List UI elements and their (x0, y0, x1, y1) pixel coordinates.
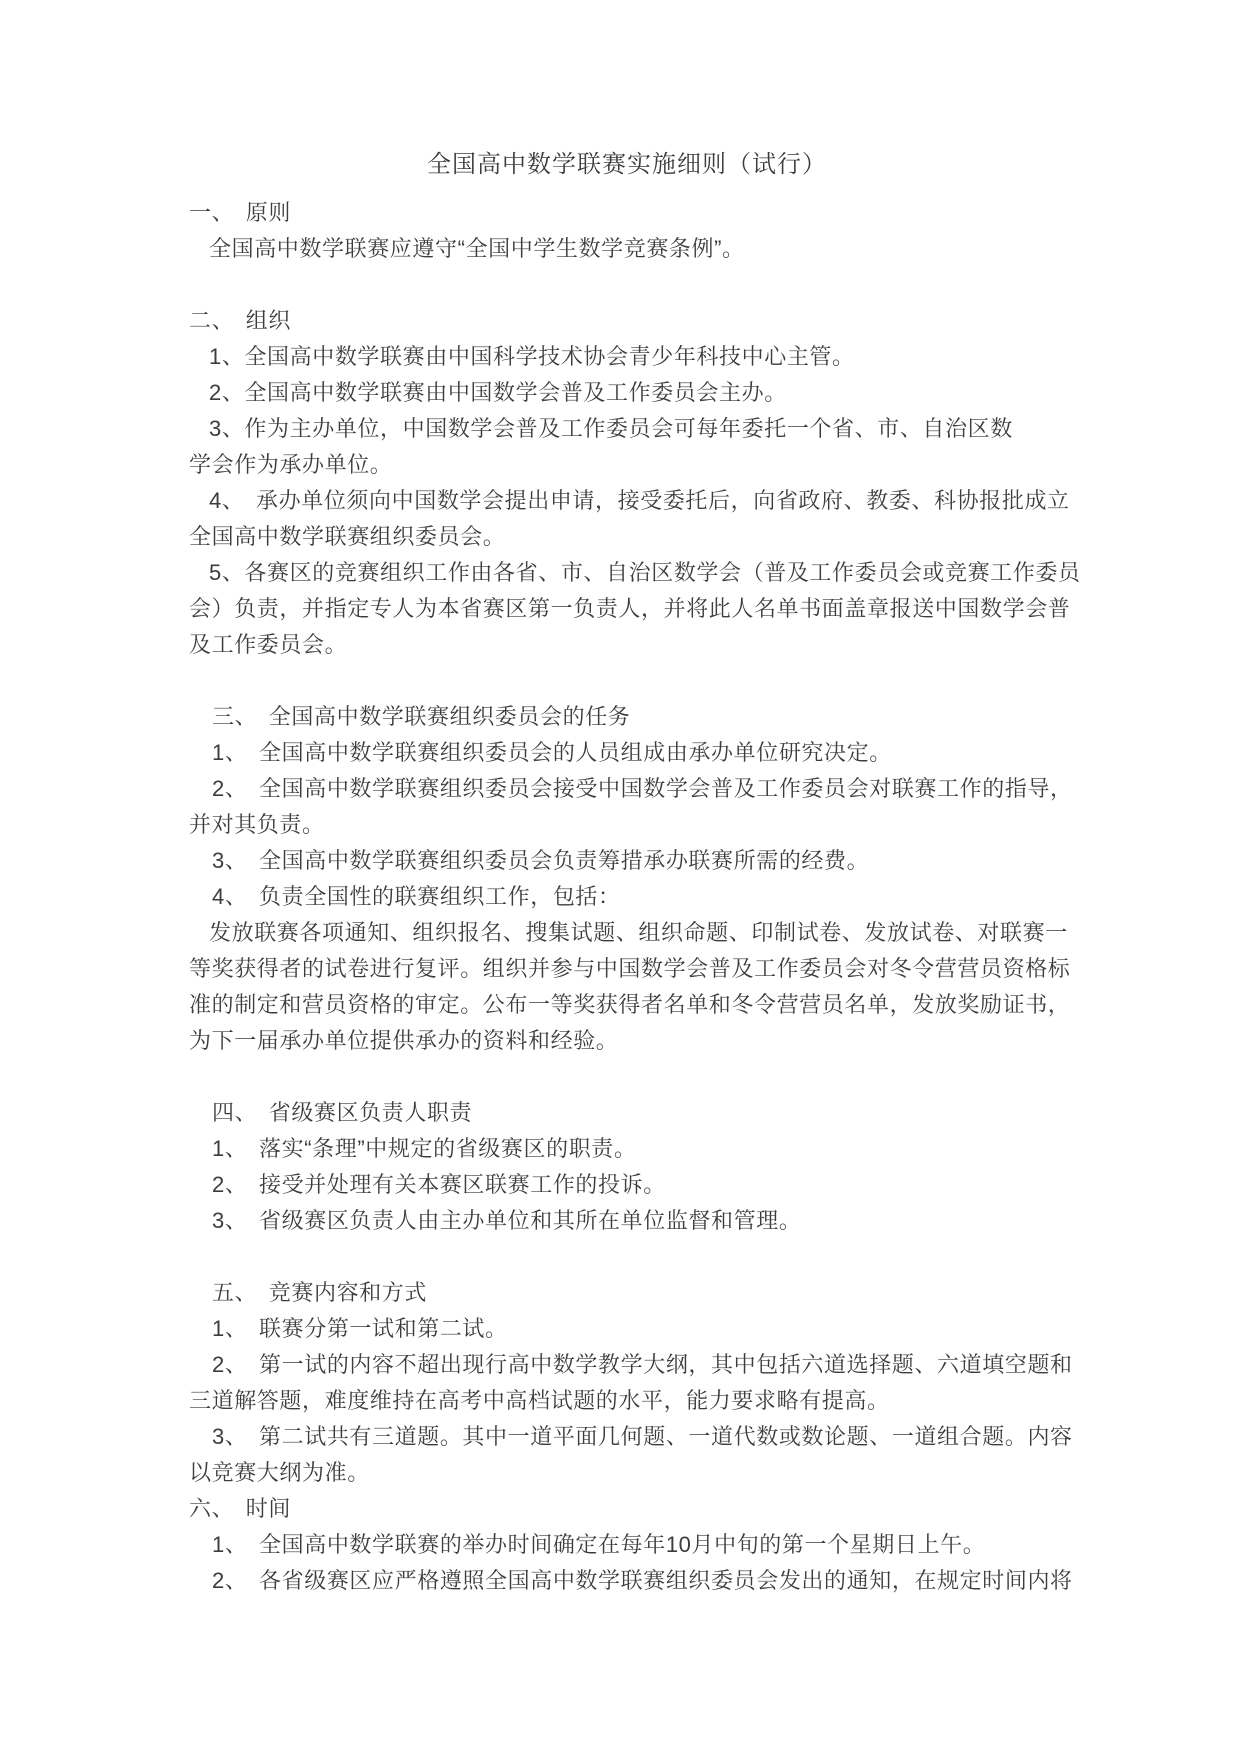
document-line: 发放联赛各项通知、组织报名、搜集试题、组织命题、印制试卷、发放试卷、对联赛一 (189, 915, 1065, 951)
blank-line (189, 663, 1065, 699)
document-body: 一、 原则全国高中数学联赛应遵守“全国中学生数学竞赛条例”。二、 组织1、全国高… (189, 195, 1065, 1599)
document-line: 及工作委员会。 (189, 627, 1065, 663)
document-line: 1、 落实“条理”中规定的省级赛区的职责。 (189, 1131, 1065, 1167)
document-line: 为下一届承办单位提供承办的资料和经验。 (189, 1023, 1065, 1059)
document-line: 2、全国高中数学联赛由中国数学会普及工作委员会主办。 (189, 375, 1065, 411)
document-line: 3、作为主办单位，中国数学会普及工作委员会可每年委托一个省、市、自治区数 (189, 411, 1065, 447)
document-line: 3、 第二试共有三道题。其中一道平面几何题、一道代数或数论题、一道组合题。内容 (189, 1419, 1065, 1455)
document-line: 2、 接受并处理有关本赛区联赛工作的投诉。 (189, 1167, 1065, 1203)
document-line: 学会作为承办单位。 (189, 447, 1065, 483)
blank-line (189, 267, 1065, 303)
document-line: 3、 省级赛区负责人由主办单位和其所在单位监督和管理。 (189, 1203, 1065, 1239)
document-title: 全国高中数学联赛实施细则（试行） (189, 147, 1065, 183)
document-line: 三、 全国高中数学联赛组织委员会的任务 (189, 699, 1065, 735)
document-line: 4、 承办单位须向中国数学会提出申请，接受委托后，向省政府、教委、科协报批成立 (189, 483, 1065, 519)
document-line: 三道解答题，难度维持在高考中高档试题的水平，能力要求略有提高。 (189, 1383, 1065, 1419)
document-line: 2、 各省级赛区应严格遵照全国高中数学联赛组织委员会发出的通知，在规定时间内将 (189, 1563, 1065, 1599)
document-line: 3、 全国高中数学联赛组织委员会负责筹措承办联赛所需的经费。 (189, 843, 1065, 879)
document-line: 2、 第一试的内容不超出现行高中数学教学大纲，其中包括六道选择题、六道填空题和 (189, 1347, 1065, 1383)
document-line: 全国高中数学联赛组织委员会。 (189, 519, 1065, 555)
document-line: 1、 全国高中数学联赛的举办时间确定在每年10月中旬的第一个星期日上午。 (189, 1527, 1065, 1563)
document-line: 全国高中数学联赛应遵守“全国中学生数学竞赛条例”。 (189, 231, 1065, 267)
document-line: 5、各赛区的竞赛组织工作由各省、市、自治区数学会（普及工作委员会或竞赛工作委员 (189, 555, 1065, 591)
document-line: 一、 原则 (189, 195, 1065, 231)
document-line: 1、全国高中数学联赛由中国科学技术协会青少年科技中心主管。 (189, 339, 1065, 375)
document-line: 准的制定和营员资格的审定。公布一等奖获得者名单和冬令营营员名单，发放奖励证书， (189, 987, 1065, 1023)
document-page: 全国高中数学联赛实施细则（试行） 一、 原则全国高中数学联赛应遵守“全国中学生数… (0, 0, 1241, 1754)
document-line: 会）负责，并指定专人为本省赛区第一负责人，并将此人名单书面盖章报送中国数学会普 (189, 591, 1065, 627)
document-line: 4、 负责全国性的联赛组织工作，包括： (189, 879, 1065, 915)
document-line: 等奖获得者的试卷进行复评。组织并参与中国数学会普及工作委员会对冬令营营员资格标 (189, 951, 1065, 987)
document-line: 五、 竞赛内容和方式 (189, 1275, 1065, 1311)
document-line: 四、 省级赛区负责人职责 (189, 1095, 1065, 1131)
document-line: 二、 组织 (189, 303, 1065, 339)
document-line: 以竞赛大纲为准。 (189, 1455, 1065, 1491)
document-content: 全国高中数学联赛实施细则（试行） 一、 原则全国高中数学联赛应遵守“全国中学生数… (189, 147, 1065, 1599)
document-line: 1、 全国高中数学联赛组织委员会的人员组成由承办单位研究决定。 (189, 735, 1065, 771)
blank-line (189, 1059, 1065, 1095)
blank-line (189, 1239, 1065, 1275)
document-line: 六、 时间 (189, 1491, 1065, 1527)
document-line: 1、 联赛分第一试和第二试。 (189, 1311, 1065, 1347)
document-line: 并对其负责。 (189, 807, 1065, 843)
document-line: 2、 全国高中数学联赛组织委员会接受中国数学会普及工作委员会对联赛工作的指导， (189, 771, 1065, 807)
